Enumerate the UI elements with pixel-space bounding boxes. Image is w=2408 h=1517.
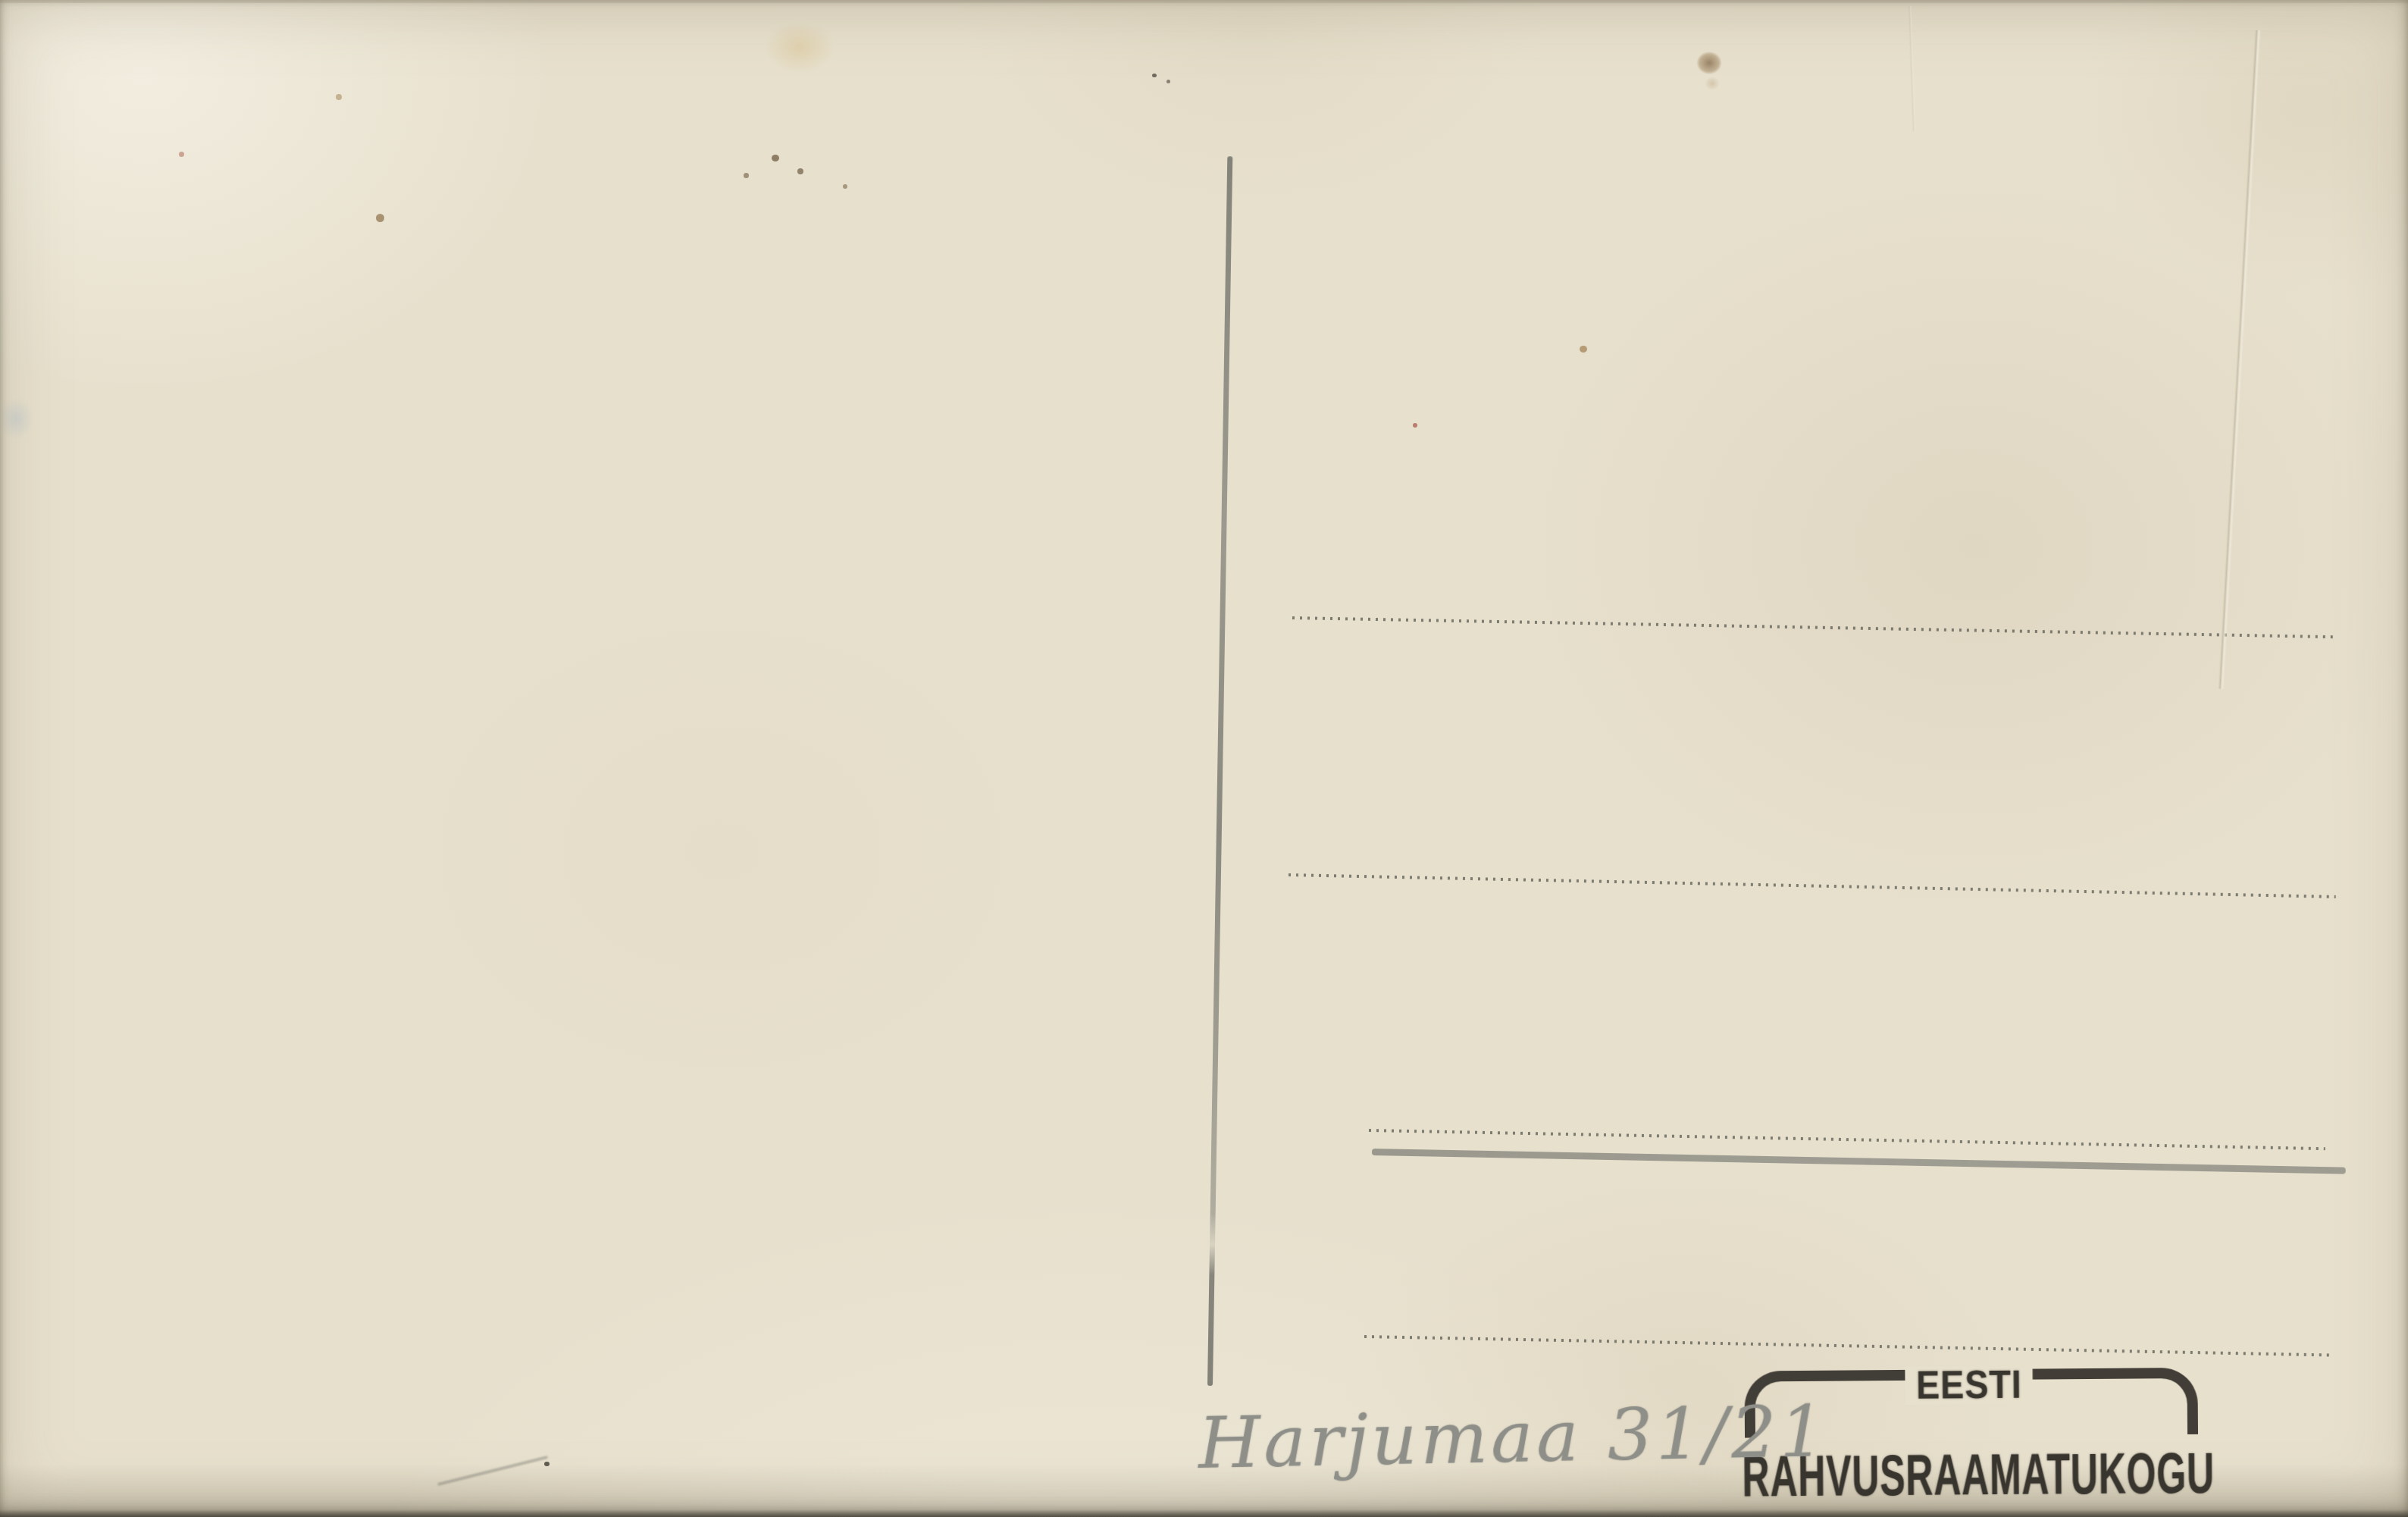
address-underline <box>1372 1149 2346 1174</box>
stain-dot <box>1413 423 1417 428</box>
handwritten-inventory-note: Harjumaa 31/21 <box>1198 1396 1828 1480</box>
stain-brown-blob-tail <box>1702 74 1722 92</box>
scan-edge-bottom <box>0 1509 2408 1517</box>
stain-brown-blob <box>1693 49 1725 77</box>
stamp-country-label: EESTI <box>1905 1366 2033 1405</box>
stain-fleck <box>744 173 749 178</box>
stain-speck <box>1152 74 1157 77</box>
pencil-smudge <box>437 1456 549 1486</box>
stain-dot <box>336 94 342 100</box>
paper-crease <box>2218 30 2261 689</box>
stain-fleck <box>843 184 847 189</box>
postcard-back: EESTI RAHVUSRAAMATUKOGU Harjumaa 31/21 <box>0 0 2408 1517</box>
stain-fleck <box>772 155 779 161</box>
address-line-2 <box>1289 873 2336 898</box>
address-line-3 <box>1369 1129 2325 1150</box>
stain-fleck <box>797 168 803 174</box>
stain-dot <box>179 152 184 157</box>
stain-blue-smear <box>0 390 39 447</box>
stain-dot <box>376 214 384 222</box>
stain-yellow-patch <box>750 11 849 83</box>
message-address-divider-line <box>1207 156 1232 1386</box>
stain-dot <box>1580 346 1587 353</box>
stain-speck <box>1166 80 1170 83</box>
pencil-smudge-fleck <box>544 1462 550 1466</box>
address-line-1 <box>1292 616 2338 638</box>
scan-edge-top <box>0 0 2408 3</box>
paper-crease-small <box>1908 6 1916 131</box>
